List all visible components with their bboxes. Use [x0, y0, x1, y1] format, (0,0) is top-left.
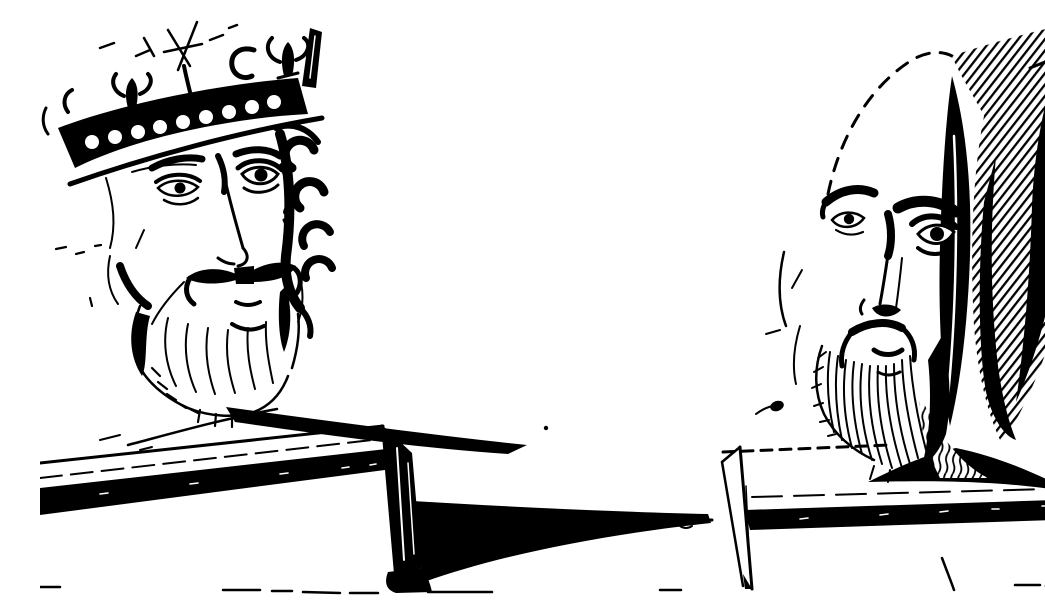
engraving-canvas [40, 16, 1045, 600]
engraving-illustration: Black-and-white engraving of two carved … [40, 16, 1045, 600]
floor-speck [544, 426, 548, 430]
